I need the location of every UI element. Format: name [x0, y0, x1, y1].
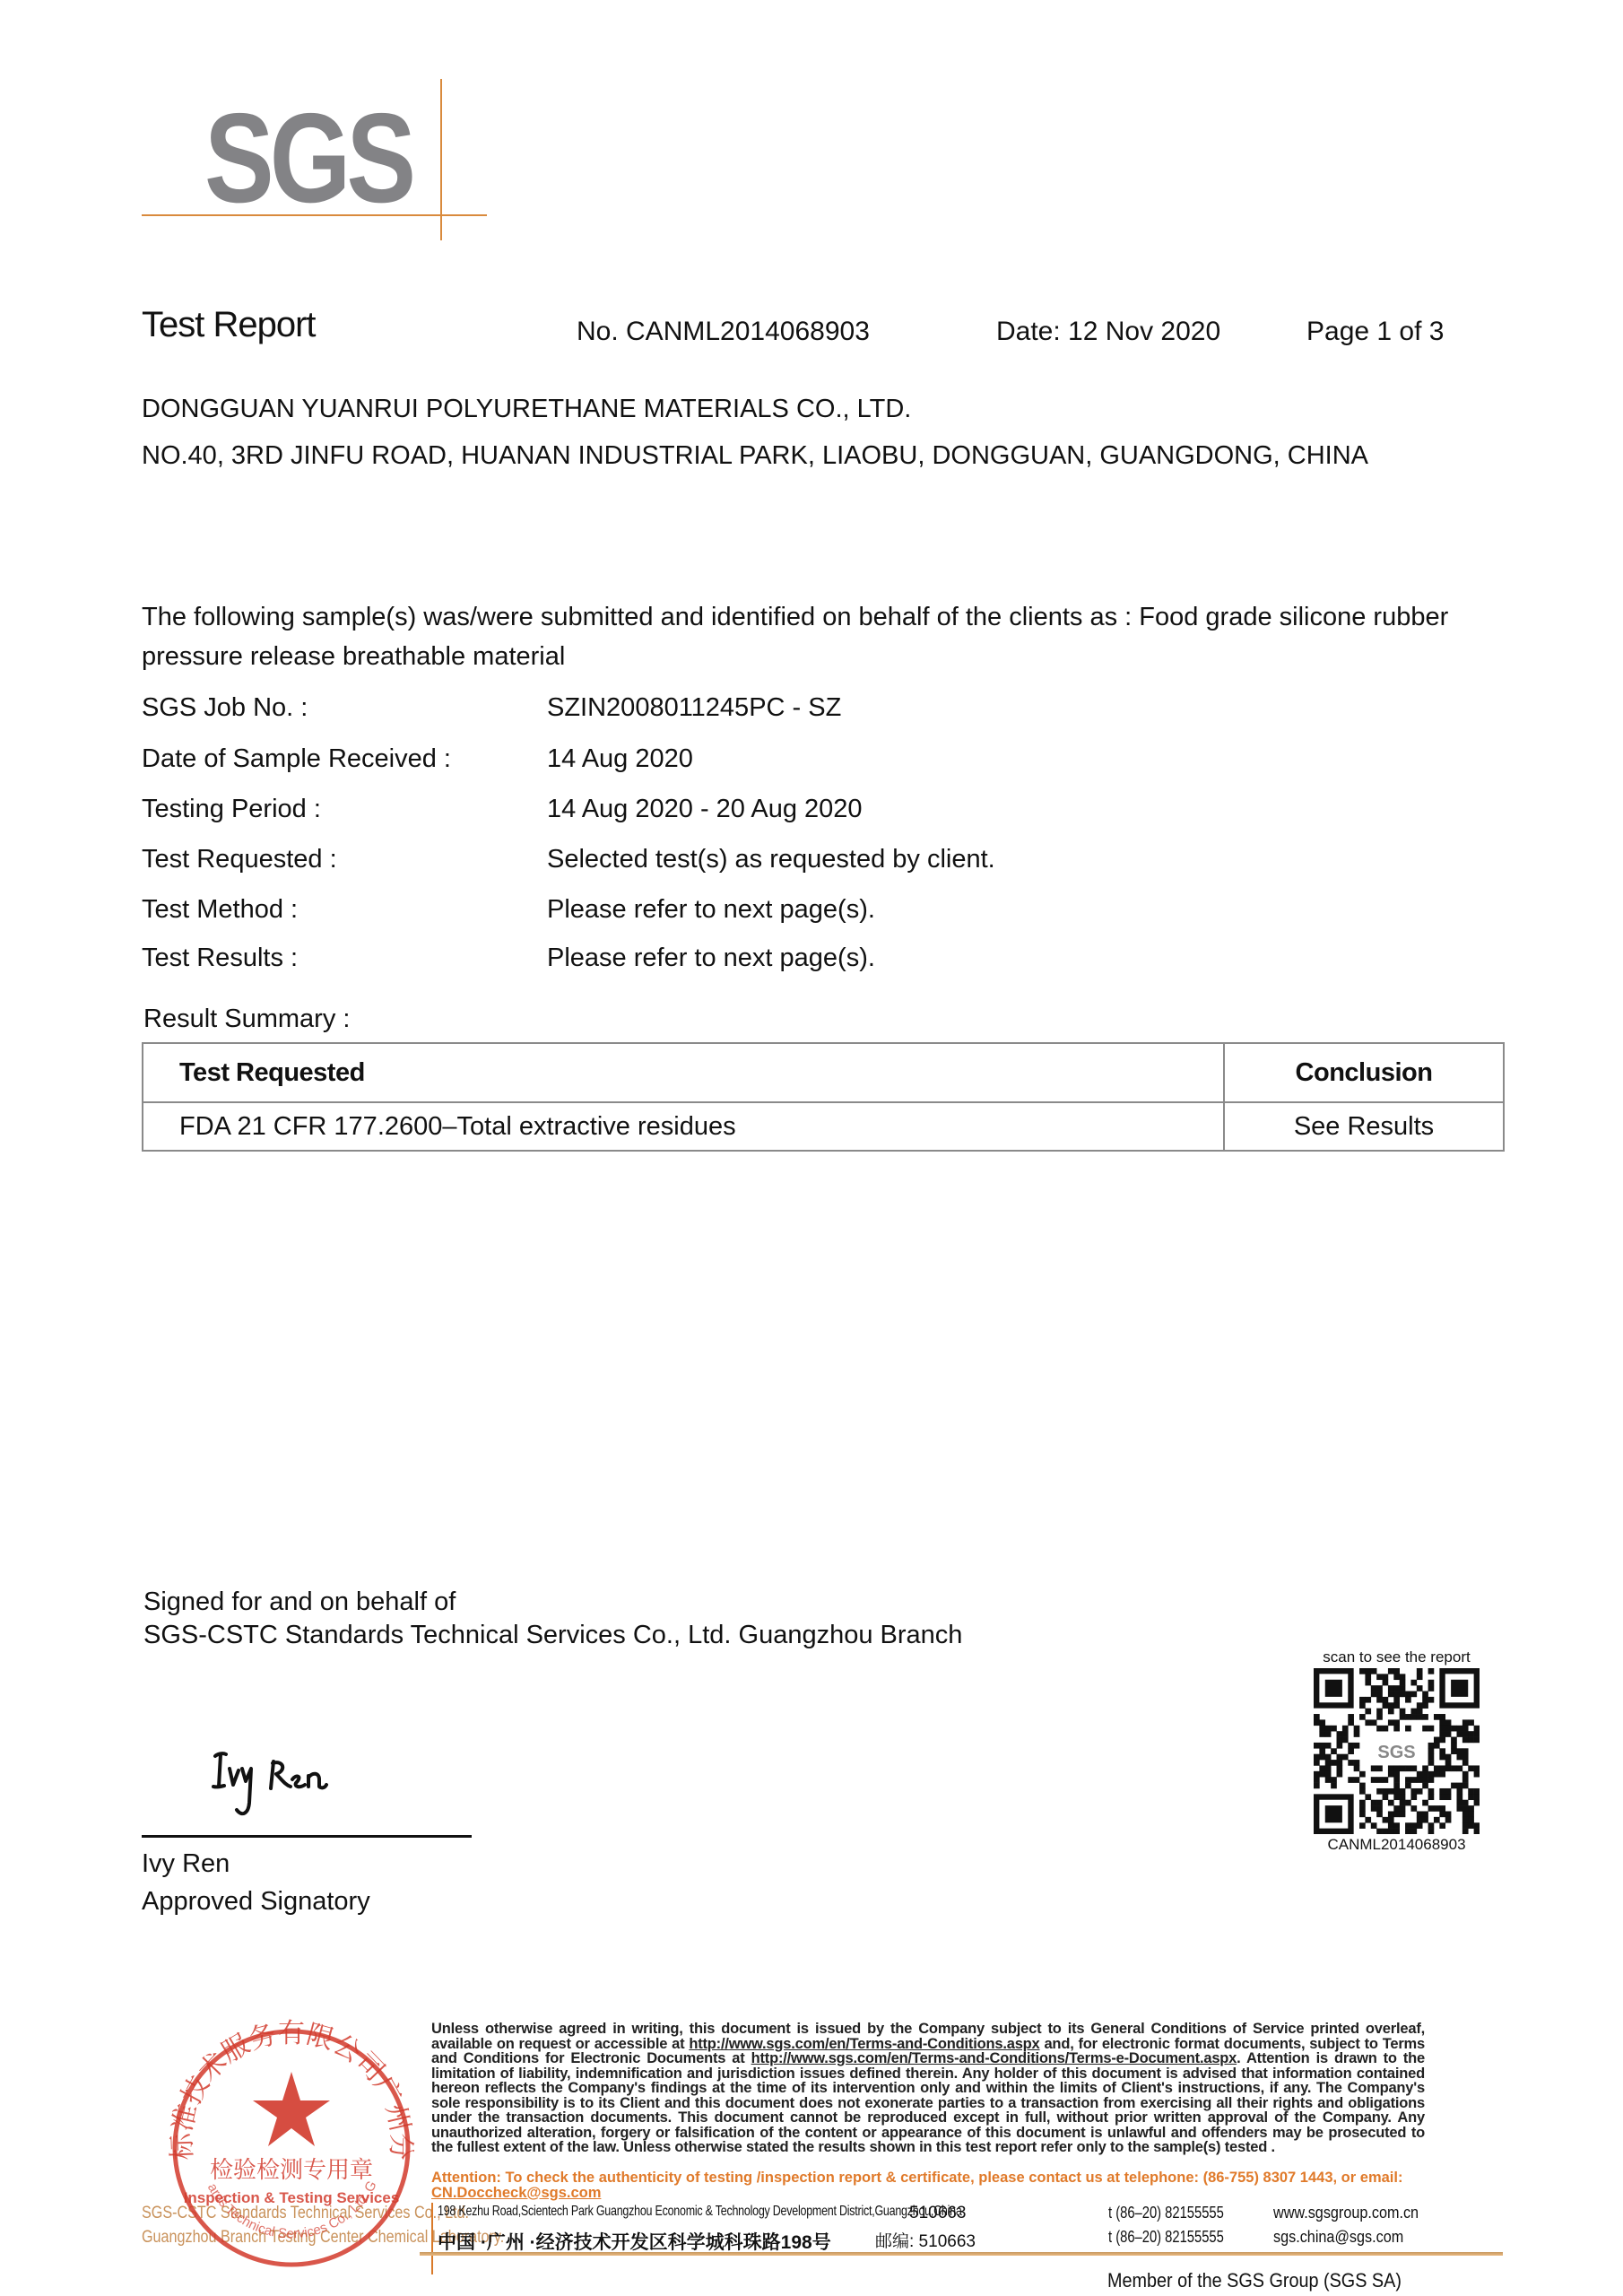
qr-caption: scan to see the report	[1309, 1648, 1484, 1666]
column-header-test: Test Requested	[143, 1043, 1224, 1102]
official-stamp: 通标标准技术服务有限公司广州分公司 检验检测专用章 Inspection & T…	[161, 2018, 421, 2278]
star-icon	[253, 2072, 330, 2146]
info-value: 14 Aug 2020	[547, 744, 693, 774]
stamp-center-zh: 检验检测专用章	[210, 2157, 373, 2184]
logo-text: SGS	[204, 95, 412, 222]
sample-description: The following sample(s) was/were submitt…	[142, 597, 1505, 676]
footer-divider	[420, 2252, 1503, 2256]
e-document-terms-link[interactable]: http://www.sgs.com/en/Terms-and-Conditio…	[751, 2050, 1237, 2066]
disclaimer-text-3: . Attention is drawn to the limitation o…	[431, 2050, 1425, 2155]
qr-block: scan to see the report SGS CANML20140689…	[1309, 1648, 1484, 1854]
table-header-row: Test Requested Conclusion	[143, 1043, 1504, 1102]
info-label: Test Results :	[142, 944, 298, 973]
handwritten-signature	[206, 1749, 359, 1839]
svg-text:SGS: SGS	[1377, 1743, 1415, 1762]
column-header-conclusion: Conclusion	[1224, 1043, 1504, 1102]
address-english: 198 Kezhu Road,Scientech Park Guangzhou …	[438, 2204, 962, 2220]
signed-line-1: Signed for and on behalf of	[143, 1586, 962, 1619]
info-label: Date of Sample Received :	[142, 744, 451, 774]
website-link[interactable]: www.sgsgroup.com.cn	[1273, 2204, 1419, 2222]
info-label: SGS Job No. :	[142, 693, 308, 723]
result-summary-label: Result Summary :	[143, 1004, 350, 1034]
page-title: Test Report	[142, 305, 316, 345]
cell-conclusion: See Results	[1224, 1102, 1504, 1151]
signer-name: Ivy Ren	[142, 1849, 230, 1879]
info-value: SZIN2008011245PC - SZ	[547, 693, 841, 723]
result-summary-table: Test Requested Conclusion FDA 21 CFR 177…	[142, 1042, 1505, 1152]
report-date: Date: 12 Nov 2020	[996, 317, 1220, 347]
address-divider	[431, 2203, 433, 2274]
signed-line-2: SGS-CSTC Standards Technical Services Co…	[143, 1619, 962, 1652]
page-indicator: Page 1 of 3	[1306, 317, 1444, 347]
qr-report-code: CANML2014068903	[1309, 1836, 1484, 1854]
telephone-2: t (86–20) 82155555	[1108, 2228, 1224, 2247]
logo-horizontal-line	[142, 214, 487, 216]
info-value: Please refer to next page(s).	[547, 944, 875, 973]
qr-code-icon[interactable]: SGS	[1314, 1668, 1480, 1834]
telephone-1: t (86–20) 82155555	[1108, 2204, 1224, 2222]
legal-disclaimer: Unless otherwise agreed in writing, this…	[431, 2022, 1425, 2155]
zip-chinese: 邮编: 510663	[875, 2228, 976, 2252]
client-address: NO.40, 3RD JINFU ROAD, HUANAN INDUSTRIAL…	[142, 441, 1368, 471]
attention-text: Attention: To check the authenticity of …	[431, 2170, 1402, 2186]
info-label: Test Requested :	[142, 845, 337, 874]
zip-english: 510663	[909, 2204, 966, 2223]
member-of-sgs-group: Member of the SGS Group (SGS SA)	[1107, 2269, 1402, 2292]
authenticity-notice: Attention: To check the authenticity of …	[431, 2170, 1427, 2200]
client-name: DONGGUAN YUANRUI POLYURETHANE MATERIALS …	[142, 395, 911, 424]
report-number: No. CANML2014068903	[577, 317, 870, 347]
info-value: 14 Aug 2020 - 20 Aug 2020	[547, 795, 863, 824]
info-value: Selected test(s) as requested by client.	[547, 845, 995, 874]
doccheck-email-link[interactable]: CN.Doccheck@sgs.com	[431, 2185, 601, 2201]
signature-line	[142, 1835, 472, 1838]
table-row: FDA 21 CFR 177.2600–Total extractive res…	[143, 1102, 1504, 1151]
sgs-logo: SGS	[142, 77, 491, 257]
info-label: Test Method :	[142, 895, 298, 925]
cell-test: FDA 21 CFR 177.2600–Total extractive res…	[143, 1102, 1224, 1151]
info-label: Testing Period :	[142, 795, 321, 824]
address-chinese: 中国 ·广州 ·经济技术开发区科学城科珠路198号	[438, 2228, 831, 2255]
terms-link[interactable]: http://www.sgs.com/en/Terms-and-Conditio…	[689, 2036, 1039, 2052]
logo-vertical-line	[440, 79, 442, 240]
signer-role: Approved Signatory	[142, 1887, 370, 1917]
signed-on-behalf: Signed for and on behalf of SGS-CSTC Sta…	[143, 1586, 962, 1652]
info-value: Please refer to next page(s).	[547, 895, 875, 925]
email-link[interactable]: sgs.china@sgs.com	[1273, 2228, 1403, 2247]
